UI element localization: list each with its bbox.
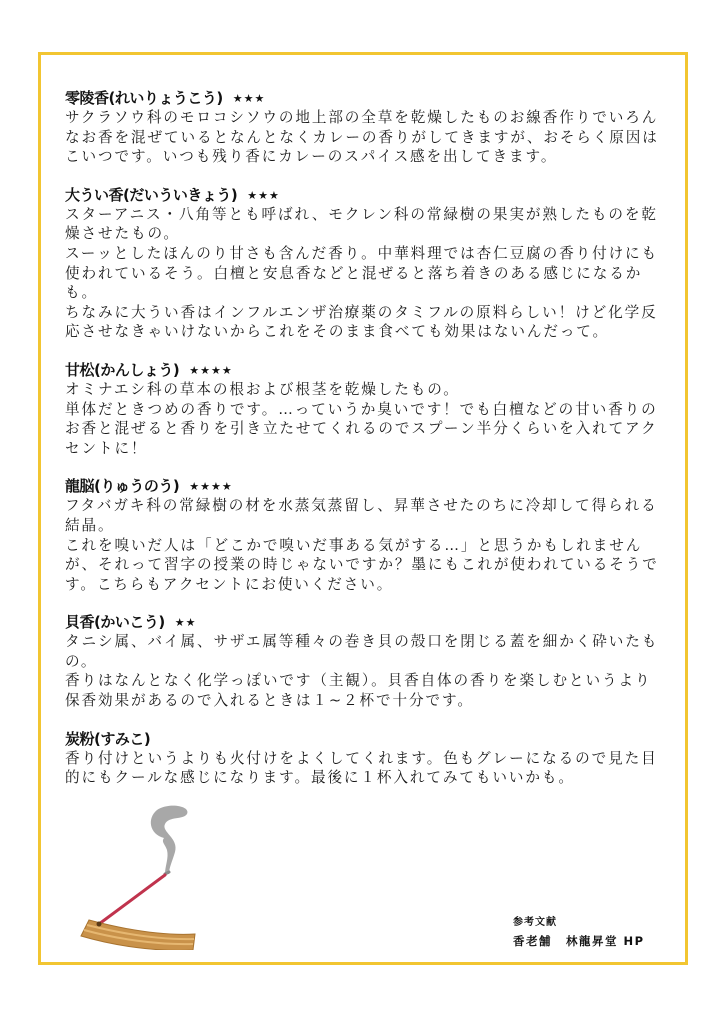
entry-name: 貝香 xyxy=(65,613,94,631)
entry-sumiko: 炭粉(すみこ) 香り付けというよりも火付けをよくしてくれます。色もグレーになるの… xyxy=(65,730,665,788)
entry-body: フタバガキ科の常緑樹の材を水蒸気蒸留し、昇華させたのちに冷却して得られる結晶。 … xyxy=(65,496,665,594)
entry-paragraph: ちなみに大うい香はインフルエンザ治療薬のタミフルの原料らしい！けど化学反応させな… xyxy=(65,303,665,342)
reference-source: 香老舗林龍昇堂 HP xyxy=(513,932,645,951)
star-rating: ★★ xyxy=(175,616,197,629)
entry-reading: (すみこ) xyxy=(94,730,150,748)
entry-body: 香り付けというよりも火付けをよくしてくれます。色もグレーになるので見た目的にもク… xyxy=(65,749,665,788)
star-rating: ★★★★ xyxy=(189,364,232,377)
entry-reading: (かいこう) xyxy=(94,613,165,631)
entry-paragraph: これを嗅いだ人は「どこかで嗅いだ事ある気がする…」と思うかもしれませんが、それっ… xyxy=(65,536,665,595)
entry-ryuunou: 龍脳(りゅうのう)★★★★ フタバガキ科の常緑樹の材を水蒸気蒸留し、昇華させたの… xyxy=(65,477,665,594)
incense-ingredient-list: 零陵香(れいりょうこう)★★★ サクラソウ科のモロコシソウの地上部の全草を乾燥し… xyxy=(65,89,665,807)
references: 参考文献 香老舗林龍昇堂 HP xyxy=(513,913,645,951)
entry-body: オミナエシ科の草本の根および根茎を乾燥したもの。 単体だときつめの香りです。…っ… xyxy=(65,380,665,458)
entry-reading: (れいりょうこう) xyxy=(109,89,223,107)
entry-name: 龍脳 xyxy=(65,477,94,495)
entry-paragraph: オミナエシ科の草本の根および根茎を乾燥したもの。 xyxy=(65,380,665,400)
entry-daiuikyou: 大うい香(だいういきょう)★★★ スターアニス・八角等とも呼ばれ、モクレン科の常… xyxy=(65,186,665,342)
entry-title: 甘松(かんしょう)★★★★ xyxy=(65,361,665,380)
entry-title: 零陵香(れいりょうこう)★★★ xyxy=(65,89,665,108)
entry-kanshou: 甘松(かんしょう)★★★★ オミナエシ科の草本の根および根茎を乾燥したもの。 単… xyxy=(65,361,665,458)
reference-shop: 香老舗 xyxy=(513,934,552,948)
entry-reiryoukou: 零陵香(れいりょうこう)★★★ サクラソウ科のモロコシソウの地上部の全草を乾燥し… xyxy=(65,89,665,167)
entry-reading: (りゅうのう) xyxy=(94,477,179,495)
reference-name: 林龍昇堂 HP xyxy=(566,934,645,948)
entry-title: 貝香(かいこう)★★ xyxy=(65,613,665,632)
star-rating: ★★★ xyxy=(233,92,266,105)
star-rating: ★★★ xyxy=(247,189,280,202)
entry-paragraph: 香りはなんとなく化学っぽいです（主観）。貝香自体の香りを楽しむというより保香効果… xyxy=(65,671,665,710)
entry-title: 龍脳(りゅうのう)★★★★ xyxy=(65,477,665,496)
entry-body: スターアニス・八角等とも呼ばれ、モクレン科の常緑樹の果実が熟したものを乾燥させた… xyxy=(65,205,665,342)
entry-paragraph: フタバガキ科の常緑樹の材を水蒸気蒸留し、昇華させたのちに冷却して得られる結晶。 xyxy=(65,496,665,535)
entry-title: 大うい香(だいういきょう)★★★ xyxy=(65,186,665,205)
entry-paragraph: タニシ属、バイ属、サザエ属等種々の巻き貝の殻口を閉じる蓋を細かく砕いたもの。 xyxy=(65,632,665,671)
entry-paragraph: スーッとしたほんのり甘さも含んだ香り。中華料理では杏仁豆腐の香り付けにも使われて… xyxy=(65,244,665,303)
entry-reading: (だいういきょう) xyxy=(123,186,237,204)
entry-paragraph: スターアニス・八角等とも呼ばれ、モクレン科の常緑樹の果実が熟したものを乾燥させた… xyxy=(65,205,665,244)
entry-paragraph: サクラソウ科のモロコシソウの地上部の全草を乾燥したものお線香作りでいろんなお香を… xyxy=(65,108,665,167)
entry-body: タニシ属、バイ属、サザエ属等種々の巻き貝の殻口を閉じる蓋を細かく砕いたもの。 香… xyxy=(65,632,665,710)
entry-name: 甘松 xyxy=(65,361,94,379)
entry-reading: (かんしょう) xyxy=(94,361,179,379)
entry-name: 炭粉 xyxy=(65,730,94,748)
entry-name: 大うい香 xyxy=(65,186,123,204)
star-rating: ★★★★ xyxy=(189,480,232,493)
entry-kaikou: 貝香(かいこう)★★ タニシ属、バイ属、サザエ属等種々の巻き貝の殻口を閉じる蓋を… xyxy=(65,613,665,710)
incense-stick-icon xyxy=(69,800,209,950)
references-label: 参考文献 xyxy=(513,913,645,932)
entry-title: 炭粉(すみこ) xyxy=(65,730,665,749)
entry-paragraph: 単体だときつめの香りです。…っていうか臭いです！でも白檀などの甘い香りのお香と混… xyxy=(65,400,665,459)
entry-name: 零陵香 xyxy=(65,89,109,107)
entry-body: サクラソウ科のモロコシソウの地上部の全草を乾燥したものお線香作りでいろんなお香を… xyxy=(65,108,665,167)
page-frame: 零陵香(れいりょうこう)★★★ サクラソウ科のモロコシソウの地上部の全草を乾燥し… xyxy=(38,52,688,965)
entry-paragraph: 香り付けというよりも火付けをよくしてくれます。色もグレーになるので見た目的にもク… xyxy=(65,749,665,788)
